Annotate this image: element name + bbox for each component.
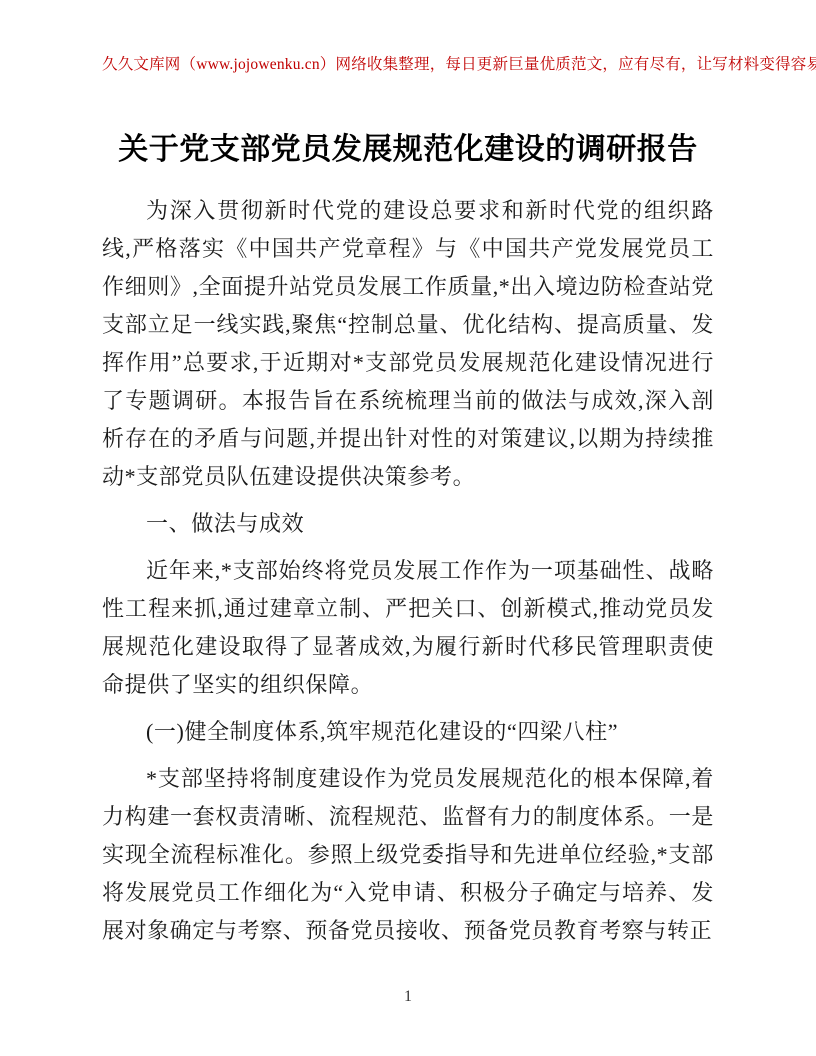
paragraph-list: 为深入贯彻新时代党的建设总要求和新时代党的组织路线,严格落实《中国共产党章程》与… (102, 192, 714, 950)
body-paragraph: 为深入贯彻新时代党的建设总要求和新时代党的组织路线,严格落实《中国共产党章程》与… (102, 192, 714, 496)
watermark-header-text: 久久文库网（www.jojowenku.cn）网络收集整理，每日更新巨量优质范文… (102, 0, 714, 76)
document-title: 关于党支部党员发展规范化建设的调研报告 (102, 130, 714, 170)
document-page: 久久文库网（www.jojowenku.cn）网络收集整理，每日更新巨量优质范文… (0, 0, 816, 1056)
body-paragraph: 近年来,*支部始终将党员发展工作作为一项基础性、战略性工程来抓,通过建章立制、严… (102, 552, 714, 704)
body-paragraph: *支部坚持将制度建设作为党员发展规范化的根本保障,着力构建一套权责清晰、流程规范… (102, 760, 714, 950)
section-heading: 一、做法与成效 (102, 505, 714, 543)
section-heading: (一)健全制度体系,筑牢规范化建设的“四梁八柱” (102, 713, 714, 751)
page-number: 1 (0, 988, 816, 1006)
document-content: 久久文库网（www.jojowenku.cn）网络收集整理，每日更新巨量优质范文… (0, 0, 816, 950)
